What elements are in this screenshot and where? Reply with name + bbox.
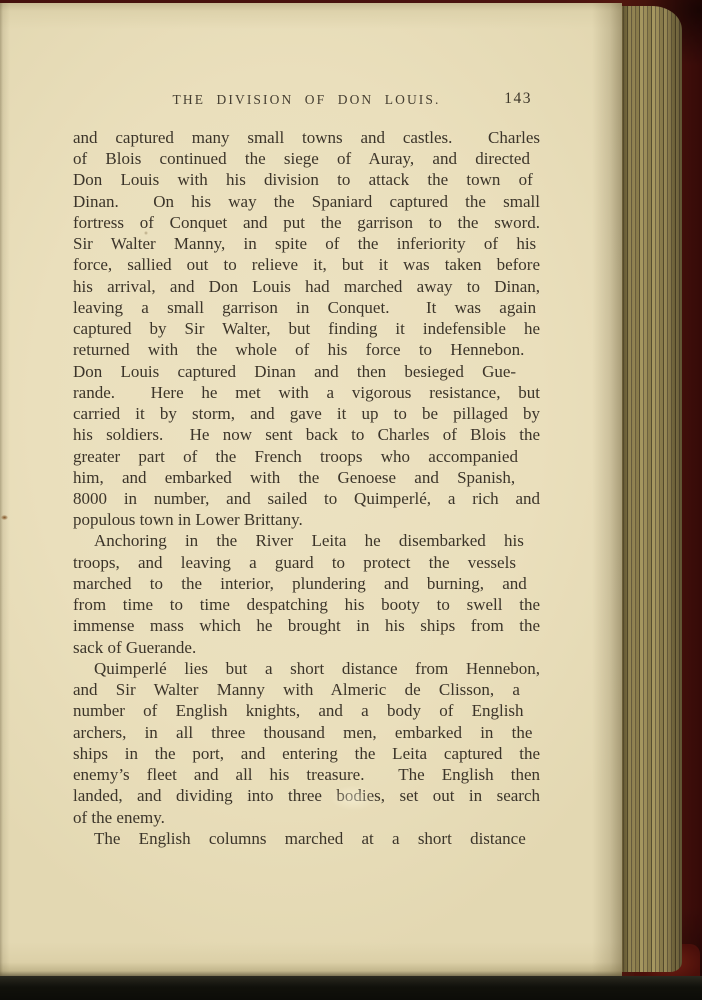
text-line: Dinan. On his way the Spaniard captured … [73, 191, 540, 212]
text-line: Sir Walter Manny, in spite of the inferi… [73, 233, 540, 254]
text-line: Don Louis captured Dinan and then besieg… [73, 361, 540, 382]
page-number: 143 [504, 90, 532, 108]
text-line: Quimperlé lies but a short distance from… [73, 658, 540, 679]
paper-smudge [330, 785, 376, 811]
paper-speck [1, 515, 8, 520]
text-line: his arrival, and Don Louis had marched a… [73, 276, 540, 297]
text-line: number of English knights, and a body of… [73, 700, 540, 721]
text-line: from time to time despatching his booty … [73, 594, 540, 615]
text-line: leaving a small garrison in Conquet. It … [73, 297, 540, 318]
text-line: of Blois continued the siege of Auray, a… [73, 148, 540, 169]
text-line: Don Louis with his division to attack th… [73, 169, 540, 190]
text-line: archers, in all three thousand men, emba… [73, 722, 540, 743]
book-fore-edge [620, 6, 682, 972]
text-line: enemy’s fleet and all his treasure. The … [73, 764, 540, 785]
paper-speck [144, 231, 148, 235]
text-line: Anchoring in the River Leita he disembar… [73, 530, 540, 551]
text-line: rande. Here he met with a vigorous resis… [73, 382, 540, 403]
text-line: fortress of Conquet and put the garrison… [73, 212, 540, 233]
text-line: troops, and leaving a guard to protect t… [73, 552, 540, 573]
text-line: populous town in Lower Brittany. [73, 509, 540, 530]
text-line: and captured many small towns and castle… [73, 127, 540, 148]
text-line: carried it by storm, and gave it up to b… [73, 403, 540, 424]
running-header: THE DIVISION OF DON LOUIS. 143 [73, 89, 540, 111]
text-line: greater part of the French troops who ac… [73, 446, 540, 467]
text-line: captured by Sir Walter, but finding it i… [73, 318, 540, 339]
text-line: marched to the interior, plundering and … [73, 573, 540, 594]
book-page: THE DIVISION OF DON LOUIS. 143 and captu… [0, 3, 622, 976]
text-line: and Sir Walter Manny with Almeric de Cli… [73, 679, 540, 700]
page-text: and captured many small towns and castle… [73, 127, 540, 849]
running-title: THE DIVISION OF DON LOUIS. [73, 89, 540, 108]
text-line: sack of Guerande. [73, 637, 540, 658]
text-line: 8000 in number, and sailed to Quimperlé,… [73, 488, 540, 509]
text-line: his soldiers. He now sent back to Charle… [73, 424, 540, 445]
text-line: of the enemy. [73, 807, 540, 828]
text-line: The English columns marched at a short d… [73, 828, 540, 849]
text-line: returned with the whole of his force to … [73, 339, 540, 360]
text-line: force, sallied out to relieve it, but it… [73, 254, 540, 275]
text-line: him, and embarked with the Genoese and S… [73, 467, 540, 488]
text-line: immense mass which he brought in his shi… [73, 615, 540, 636]
scan-shadow [0, 976, 702, 1000]
text-line: landed, and dividing into three bodies, … [73, 785, 540, 806]
text-line: ships in the port, and entering the Leit… [73, 743, 540, 764]
